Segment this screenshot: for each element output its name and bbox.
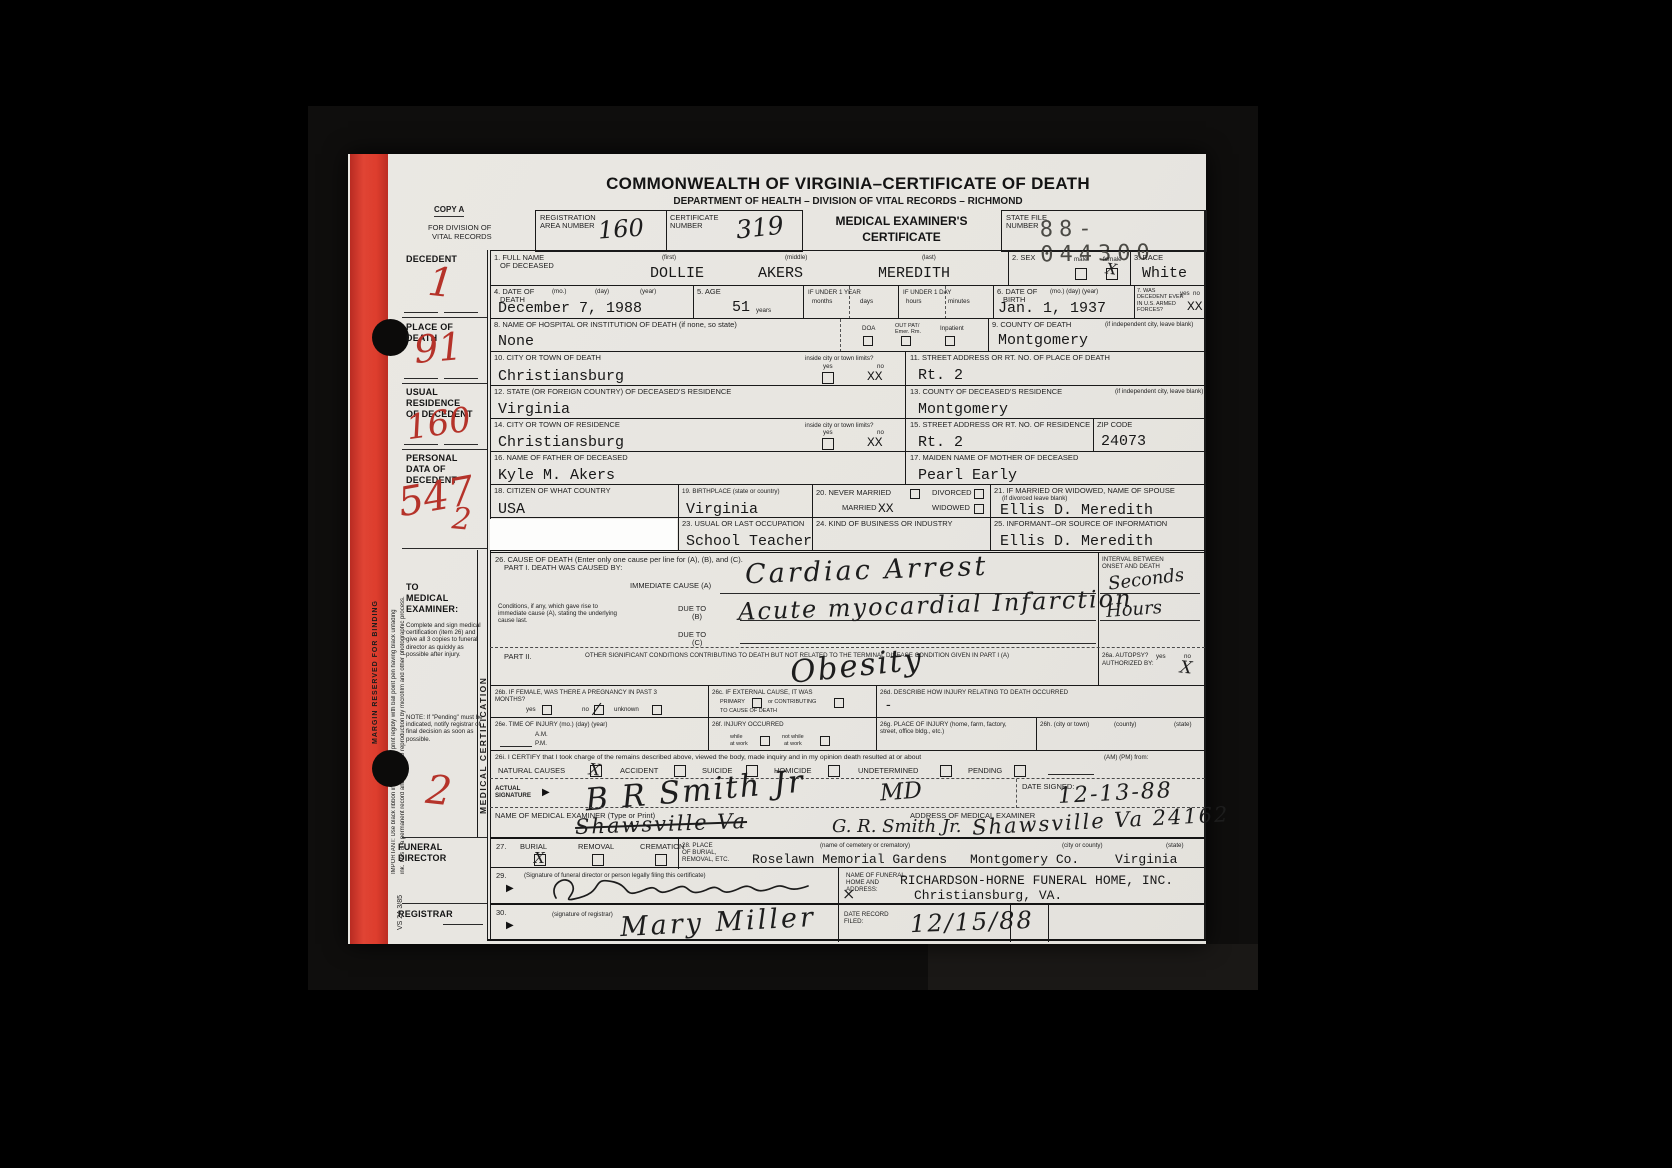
am-label: A.M. xyxy=(535,731,548,738)
residence-street-label: 15. STREET ADDRESS OR RT. NO. OF RESIDEN… xyxy=(910,421,1090,430)
city-of-death-label: 10. CITY OR TOWN OF DEATH xyxy=(494,354,601,363)
armed-yes-label: yes xyxy=(1180,290,1190,297)
pregnancy-label: 26b. IF FEMALE, WAS THERE A PREGNANCY IN… xyxy=(495,689,675,703)
examiner-name-struck: Shawsville Va xyxy=(575,809,748,839)
residence-state-value: Virginia xyxy=(498,401,570,418)
row-burial: 27. BURIAL REMOVAL CREMATION X 28. PLACE… xyxy=(490,837,1205,869)
injury-occurred-label: 26f. INJURY OCCURRED xyxy=(712,721,784,728)
injury-describe-label: 26d. DESCRIBE HOW INJURY RELATING TO DEA… xyxy=(880,689,1068,696)
cemetery-note: (name of cemetery or crematory) xyxy=(820,842,910,849)
cause-of-death-block: 26. CAUSE OF DEATH (Enter only one cause… xyxy=(490,550,1205,650)
burial-state-value: Virginia xyxy=(1115,852,1177,867)
street-of-death-label: 11. STREET ADDRESS OR RT. NO. OF PLACE O… xyxy=(910,354,1110,363)
scanner-edge xyxy=(928,944,1258,990)
important-note-line1: IMPORTANT: Use black ribbon in typewrite… xyxy=(391,294,397,874)
injury-city-label: 26h. (city or town) xyxy=(1040,721,1089,728)
residence-limits-yes-checkbox xyxy=(822,438,834,450)
side-personal-mark-2: 2 xyxy=(451,501,473,538)
me-certificate-line2: CERTIFICATE xyxy=(814,230,989,244)
side-funeral-1: FUNERAL xyxy=(398,842,442,853)
signature-arrow-icon: ▶ xyxy=(542,787,550,798)
injury-describe-value: - xyxy=(886,697,891,713)
inpatient-checkbox xyxy=(945,336,955,346)
redaction-box xyxy=(490,519,677,550)
division-label-2: VITAL RECORDS xyxy=(432,233,492,242)
certificate-number-label-2: NUMBER xyxy=(670,222,703,231)
part2-row: PART II. OTHER SIGNIFICANT CONDITIONS CO… xyxy=(490,647,1205,686)
county-of-death-note: (if independent city, leave blank) xyxy=(1105,321,1193,328)
injury-state-label: (state) xyxy=(1174,721,1192,728)
married-mark: XX xyxy=(878,501,894,516)
never-married-checkbox xyxy=(910,489,920,499)
external-cause-label: 26c. IF EXTERNAL CAUSE, IT WAS xyxy=(712,689,813,696)
married-label: MARRIED xyxy=(842,504,877,513)
cremation-label: CREMATION xyxy=(640,843,684,852)
cause-a-value: Cardiac Arrest xyxy=(745,551,989,590)
minutes-label: minutes xyxy=(948,298,970,305)
autopsy-no-mark: X xyxy=(1179,657,1193,678)
cremation-checkbox xyxy=(655,854,667,866)
residence-limits-no-mark: XX xyxy=(867,435,883,450)
pregnancy-yes-checkbox xyxy=(542,705,552,715)
hole-punch-top xyxy=(372,319,409,356)
occupation-value: School Teacher xyxy=(686,533,812,550)
screenshot-root: { "header": { "copy_label": "COPY A", "d… xyxy=(0,0,1672,1168)
state-note: (state) xyxy=(1166,842,1184,849)
hospital-label: 8. NAME OF HOSPITAL OR INSTITUTION OF DE… xyxy=(494,321,737,330)
age-value: 51 xyxy=(732,299,750,316)
interval-b-value: Hours xyxy=(1105,597,1162,622)
place-of-burial-label-3: REMOVAL, ETC. xyxy=(682,856,729,863)
copy-label: COPY A xyxy=(434,206,464,217)
registrar-number: 30. xyxy=(496,909,506,918)
registration-area-value: 160 xyxy=(597,213,645,244)
row-date-of-death: 4. DATE OF DEATH (mo.) (day) (year) Dece… xyxy=(490,285,1205,319)
undetermined-label: UNDETERMINED xyxy=(858,767,918,776)
inpatient-label: Inpatient xyxy=(940,325,964,332)
cemetery-value: Roselawn Memorial Gardens xyxy=(752,852,947,867)
contributing-label: or CONTRIBUTING xyxy=(768,699,816,705)
pregnancy-yes-label: yes xyxy=(526,706,536,713)
undetermined-checkbox xyxy=(940,765,952,777)
dod-value: December 7, 1988 xyxy=(498,300,642,317)
widowed-label: WIDOWED xyxy=(932,504,970,513)
autopsy-yes-label: yes xyxy=(1156,653,1166,660)
row-occupation: 23. USUAL OR LAST OCCUPATION School Teac… xyxy=(490,517,1205,551)
side-to-me-instructions: Complete and sign medical certification … xyxy=(406,622,484,658)
outpat-label-2: Emer. Rm. xyxy=(895,329,921,335)
mother-label: 17. MAIDEN NAME OF MOTHER OF DECEASED xyxy=(910,454,1078,463)
hospital-value: None xyxy=(498,333,534,350)
name-last-value: MEREDITH xyxy=(878,265,950,282)
business-label: 24. KIND OF BUSINESS OR INDUSTRY xyxy=(816,520,953,529)
side-place-mark: 91 xyxy=(412,324,464,372)
age-unit: years xyxy=(756,307,771,314)
side-decedent-mark: 1 xyxy=(426,259,456,307)
side-pending-note: NOTE: If "Pending" must be indicated, no… xyxy=(406,714,484,743)
registration-area-box: REGISTRATION AREA NUMBER 160 xyxy=(535,210,667,252)
row-26b: 26b. IF FEMALE, WAS THERE A PREGNANCY IN… xyxy=(490,685,1205,718)
side-residence-1: USUAL xyxy=(406,387,438,398)
registration-area-label-2: AREA NUMBER xyxy=(540,222,595,231)
funeral-home-city: Christiansburg, VA. xyxy=(914,888,1062,903)
doa-checkbox xyxy=(863,336,873,346)
armed-forces-label: 7. WAS DECEDENT EVER IN U.S. ARMED FORCE… xyxy=(1137,288,1185,313)
funeral-sig-number: 29. xyxy=(496,872,506,881)
date-signed-value: 12-13-88 xyxy=(1057,778,1173,809)
never-married-label: 20. NEVER MARRIED xyxy=(816,489,891,498)
pregnancy-unknown-label: unknown xyxy=(614,706,639,713)
full-name-label-2: OF DECEASED xyxy=(500,262,554,271)
race-value: White xyxy=(1142,265,1187,282)
funeral-home-label-3: ADDRESS: xyxy=(846,886,878,893)
actual-signature-label-2: SIGNATURE xyxy=(495,792,531,799)
dod-mo-note: (mo.) xyxy=(552,288,566,295)
street-of-death-value: Rt. 2 xyxy=(918,367,963,384)
informant-value: Ellis D. Meredith xyxy=(1000,533,1153,550)
last-note: (last) xyxy=(922,254,936,261)
zip-label: ZIP CODE xyxy=(1097,421,1132,430)
row-hospital: 8. NAME OF HOSPITAL OR INSTITUTION OF DE… xyxy=(490,318,1205,352)
funeral-home-name: RICHARDSON-HORNE FUNERAL HOME, INC. xyxy=(900,873,1173,888)
dob-sub-note: (mo.) (day) (year) xyxy=(1050,288,1098,295)
zip-value: 24073 xyxy=(1101,433,1146,450)
burial-mark: X xyxy=(534,849,545,867)
removal-checkbox xyxy=(592,854,604,866)
side-to-me-1: TO xyxy=(406,582,419,593)
primary-label: PRIMARY xyxy=(720,699,745,705)
row-residence-city: 14. CITY OR TOWN OF RESIDENCE inside cit… xyxy=(490,418,1205,452)
side-residence-mark: 160 xyxy=(404,400,474,449)
row-city-of-death: 10. CITY OR TOWN OF DEATH inside city or… xyxy=(490,351,1205,386)
under-1-year-label: IF UNDER 1 YEAR xyxy=(808,289,861,296)
citizen-value: USA xyxy=(498,501,525,518)
certify-ampm: (AM) (PM) from: xyxy=(1104,754,1148,761)
registrar-arrow-icon: ▶ xyxy=(506,920,514,931)
not-while-1: not while xyxy=(782,734,804,740)
residence-city-value: Christiansburg xyxy=(498,434,624,451)
residence-limits-yes: yes xyxy=(823,429,833,436)
divorced-label: DIVORCED xyxy=(932,489,972,498)
row-registrar: 30. ▶ (signature of registrar) Mary Mill… xyxy=(490,903,1205,942)
sex-male-label: male xyxy=(1074,256,1087,263)
residence-county-label: 13. COUNTY OF DECEASED'S RESIDENCE xyxy=(910,388,1062,397)
mother-value: Pearl Early xyxy=(918,467,1017,484)
registrar-sig-note: (signature of registrar) xyxy=(552,911,613,918)
hole-punch-bottom xyxy=(372,750,409,787)
certificate-number-value: 319 xyxy=(735,211,785,245)
occupation-label: 23. USUAL OR LAST OCCUPATION xyxy=(682,520,804,529)
while-at-work-1: while xyxy=(730,734,743,740)
state-file-label-2: NUMBER xyxy=(1006,222,1039,231)
informant-label: 25. INFORMANT–OR SOURCE OF INFORMATION xyxy=(994,520,1167,529)
pregnancy-unknown-checkbox xyxy=(652,705,662,715)
natural-causes-mark: X xyxy=(588,759,601,779)
citizen-label: 18. CITIZEN OF WHAT COUNTRY xyxy=(494,487,611,496)
father-value: Kyle M. Akers xyxy=(498,467,615,484)
immediate-cause-label: IMMEDIATE CAUSE (A) xyxy=(630,582,711,591)
certify-text: 26i. I CERTIFY that I took charge of the… xyxy=(495,754,921,763)
death-certificate: MARGIN RESERVED FOR BINDING IMPORTANT: U… xyxy=(348,154,1206,944)
outpat-checkbox xyxy=(901,336,911,346)
residence-county-value: Montgomery xyxy=(918,401,1008,418)
county-of-death-value: Montgomery xyxy=(998,332,1088,349)
row-26e: 26e. TIME OF INJURY (mo.) (day) (year) A… xyxy=(490,717,1205,751)
side-medical-certification: MEDICAL CERTIFICATION xyxy=(478,574,488,814)
date-filed-value: 12/15/88 xyxy=(910,906,1035,938)
date-filed-label-2: FILED: xyxy=(844,918,863,925)
middle-note: (middle) xyxy=(785,254,807,261)
city-county-note: (city or county) xyxy=(1062,842,1103,849)
removal-label: REMOVAL xyxy=(578,843,614,852)
sex-female-mark: X xyxy=(1105,259,1118,278)
row-examiner: NAME OF MEDICAL EXAMINER (Type or Print)… xyxy=(490,807,1205,838)
birthplace-label: 19. BIRTHPLACE (state or country) xyxy=(682,488,780,495)
examiner-address-value: Shawsville Va 24162 xyxy=(972,802,1230,839)
dod-year-note: (year) xyxy=(640,288,656,295)
while-at-work-2: at work xyxy=(730,741,748,747)
residence-limits-label: inside city or town limits? xyxy=(805,422,873,429)
registrar-signature: Mary Miller xyxy=(619,902,816,943)
birthplace-value: Virginia xyxy=(686,501,758,518)
certificate-number-box: CERTIFICATE NUMBER 319 xyxy=(666,210,803,252)
autopsy-label: 26a. AUTOPSY? xyxy=(1102,652,1148,659)
pregnancy-no-label: no xyxy=(582,706,589,713)
signature-md-suffix: MD xyxy=(879,778,923,807)
pending-label: PENDING xyxy=(968,767,1002,776)
limits-no-mark: XX xyxy=(867,369,883,384)
burial-number-label: 27. xyxy=(496,843,506,852)
part1-label: PART I. DEATH WAS CAUSED BY: xyxy=(504,564,622,573)
city-of-death-value: Christiansburg xyxy=(498,368,624,385)
age-label: 5. AGE xyxy=(697,288,721,297)
side-to-me-2: MEDICAL xyxy=(406,593,448,604)
residence-street-value: Rt. 2 xyxy=(918,434,963,451)
armed-no-label: no xyxy=(1193,290,1200,297)
dob-value: Jan. 1, 1937 xyxy=(998,300,1106,317)
natural-causes-label: NATURAL CAUSES xyxy=(498,767,565,776)
dod-day-note: (day) xyxy=(595,288,609,295)
residence-county-note: (if independent city, leave blank) xyxy=(1115,388,1203,395)
side-personal-1: PERSONAL xyxy=(406,453,458,464)
row-signature: ACTUAL SIGNATURE ▶ B R Smith Jr MD DATE … xyxy=(490,778,1205,808)
divorced-checkbox xyxy=(974,489,984,499)
doa-label: DOA xyxy=(862,325,875,332)
county-of-death-label: 9. COUNTY OF DEATH xyxy=(992,321,1071,330)
injury-county-label: (county) xyxy=(1114,721,1136,728)
certificate-subtitle: DEPARTMENT OF HEALTH – DIVISION OF VITAL… xyxy=(498,196,1198,207)
while-at-work-checkbox xyxy=(760,736,770,746)
side-note-mark: 2 xyxy=(424,767,454,815)
pm-label: P.M. xyxy=(535,740,547,747)
father-label: 16. NAME OF FATHER OF DECEASED xyxy=(494,454,628,463)
side-registrar: REGISTRAR xyxy=(398,909,453,920)
city-limits-label: inside city or town limits? xyxy=(805,355,873,362)
me-certificate-line1: MEDICAL EXAMINER'S xyxy=(814,214,989,228)
residence-state-label: 12. STATE (OR FOREIGN COUNTRY) OF DECEAS… xyxy=(494,388,731,397)
autopsy-authorized-label: AUTHORIZED BY: xyxy=(1102,660,1154,667)
limits-yes-checkbox xyxy=(822,372,834,384)
accident-label: ACCIDENT xyxy=(620,767,658,776)
widowed-checkbox xyxy=(974,504,984,514)
part2-value: Obesity xyxy=(788,641,924,691)
homicide-checkbox xyxy=(828,765,840,777)
race-label: 3. RACE xyxy=(1134,254,1163,263)
part2-label: PART II. xyxy=(504,653,532,662)
contributing-checkbox xyxy=(834,698,844,708)
not-while-checkbox xyxy=(820,736,830,746)
row-citizen: 18. CITIZEN OF WHAT COUNTRY USA 19. BIRT… xyxy=(490,484,1205,518)
row-funeral-signature: 29. ▶ (Signature of funeral director or … xyxy=(490,867,1205,904)
time-of-injury-label: 26e. TIME OF INJURY (mo.) (day) (year) xyxy=(495,721,607,728)
side-to-me-3: EXAMINER: xyxy=(406,604,458,615)
hours-label: hours xyxy=(906,298,921,305)
primary-checkbox xyxy=(752,698,762,708)
form-code: VS 2A 3/85 xyxy=(397,866,404,930)
row-name: 1. FULL NAME OF DECEASED (first) (middle… xyxy=(490,250,1205,286)
burial-county-value: Montgomery Co. xyxy=(970,852,1079,867)
residence-city-label: 14. CITY OR TOWN OF RESIDENCE xyxy=(494,421,620,430)
name-first-value: DOLLIE xyxy=(650,265,704,282)
sex-male-checkbox xyxy=(1075,268,1087,280)
armed-forces-mark: XX xyxy=(1187,299,1203,314)
certificate-title: COMMONWEALTH OF VIRGINIA–CERTIFICATE OF … xyxy=(498,174,1198,194)
to-cause-label: TO CAUSE OF DEATH xyxy=(720,708,777,714)
funeral-sig-arrow-icon: ▶ xyxy=(506,883,514,894)
under-1-day-label: IF UNDER 1 DAY xyxy=(903,289,951,296)
binding-margin-text: MARGIN RESERVED FOR BINDING xyxy=(372,354,379,744)
name-middle-value: AKERS xyxy=(758,265,803,282)
not-while-2: at work xyxy=(784,741,802,747)
row-residence-state: 12. STATE (OR FOREIGN COUNTRY) OF DECEAS… xyxy=(490,385,1205,419)
first-note: (first) xyxy=(662,254,676,261)
funeral-director-signature-scribble xyxy=(546,872,828,904)
binding-stripe xyxy=(350,154,388,944)
place-of-injury-label: 26g. PLACE OF INJURY (home, farm, factor… xyxy=(880,721,1025,735)
months-label: months xyxy=(812,298,832,305)
sex-label: 2. SEX xyxy=(1012,254,1035,263)
limits-yes-label: yes xyxy=(823,363,833,370)
due-to-b-note: (B) xyxy=(692,613,702,622)
conditions-note: Conditions, if any, which gave rise to i… xyxy=(498,603,626,625)
side-funeral-2: DIRECTOR xyxy=(398,853,446,864)
row-certify: 26i. I CERTIFY that I took charge of the… xyxy=(490,750,1205,779)
days-label: days xyxy=(860,298,873,305)
row-parents: 16. NAME OF FATHER OF DECEASED Kyle M. A… xyxy=(490,451,1205,485)
pending-checkbox xyxy=(1014,765,1026,777)
